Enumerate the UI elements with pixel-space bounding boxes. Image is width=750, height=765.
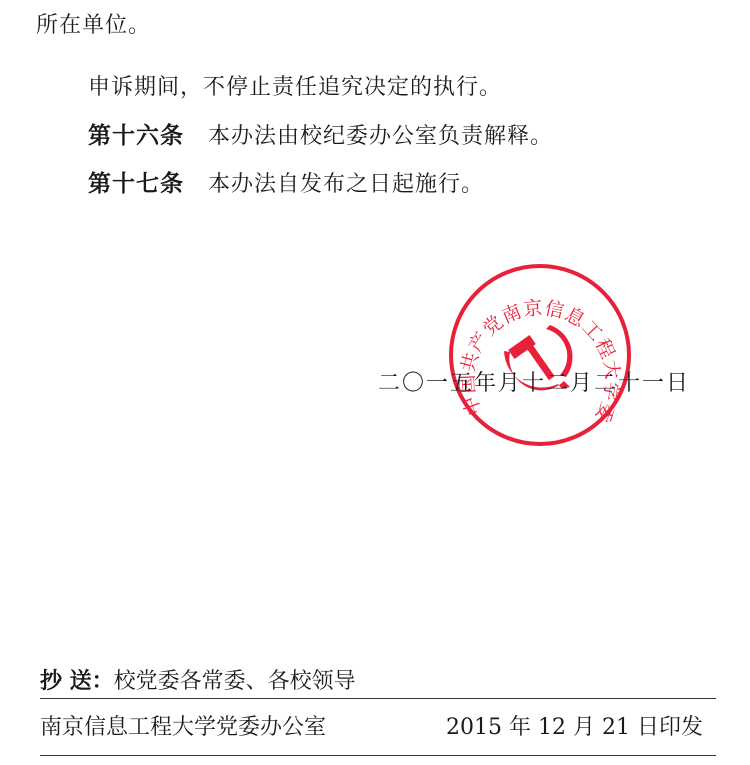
article-number: 第十七条 xyxy=(88,171,184,197)
issue-date: 2015 年 12 月 21 日印发 xyxy=(446,710,703,741)
paragraph-appeal-note: 申诉期间，不停止责任追究决定的执行。 xyxy=(88,70,502,101)
paragraph-continuation: 所在单位。 xyxy=(36,8,151,39)
cc-line: 抄 送：校党委各常委、各校领导 xyxy=(40,664,356,695)
divider-top xyxy=(40,698,716,699)
issuer: 南京信息工程大学党委办公室 xyxy=(40,710,326,741)
divider-bottom xyxy=(40,755,716,756)
article-16: 第十六条本办法由校纪委办公室负责解释。 xyxy=(88,117,553,150)
cc-label: 抄 送： xyxy=(40,669,114,694)
article-17: 第十七条本办法自发布之日起施行。 xyxy=(88,165,484,198)
article-number: 第十六条 xyxy=(88,123,184,149)
signature-date: 二〇一五年月十二月二十一日 xyxy=(378,366,690,397)
cc-recipients: 校党委各常委、各校领导 xyxy=(114,669,356,694)
article-text: 本办法由校纪委办公室负责解释。 xyxy=(208,124,553,149)
official-seal-icon: 中国共产党南京信息工程大学委员会 xyxy=(447,262,633,448)
article-text: 本办法自发布之日起施行。 xyxy=(208,172,484,197)
